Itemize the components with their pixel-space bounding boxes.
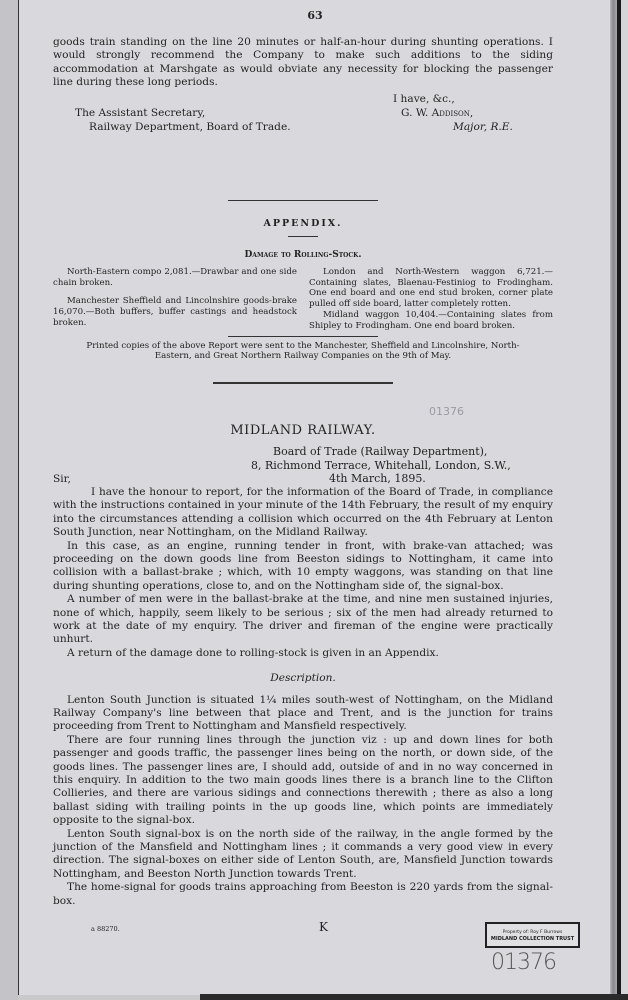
signatory-rank: Major, R.E. bbox=[393, 120, 513, 134]
address-line-1: Board of Trade (Railway Department), bbox=[273, 445, 553, 459]
report-paragraph: A number of men were in the ballast-brak… bbox=[53, 593, 553, 647]
print-code: a 88270. bbox=[91, 925, 120, 933]
damage-column-right: London and North-Western waggon 6,721.—C… bbox=[309, 267, 553, 332]
section-divider bbox=[213, 382, 393, 384]
sender-address: Board of Trade (Railway Department), 8, … bbox=[273, 445, 553, 486]
report-paragraph: A return of the damage done to rolling-s… bbox=[53, 647, 553, 660]
scan-margin-left bbox=[0, 0, 18, 1000]
appendix: APPENDIX. Damage to Rolling-Stock. North… bbox=[53, 200, 553, 384]
appendix-subtitle: Damage to Rolling-Stock. bbox=[53, 249, 553, 262]
closing: I have, &c., bbox=[393, 92, 513, 106]
damage-item: Manchester Sheffield and Lincolnshire go… bbox=[53, 296, 297, 328]
salutation: Sir, bbox=[53, 473, 71, 486]
report-paragraph: In this case, as an engine, running tend… bbox=[53, 540, 553, 594]
divider bbox=[228, 200, 378, 201]
damage-item: London and North-Western waggon 6,721.—C… bbox=[309, 267, 553, 310]
description-paragraph: Lenton South signal-box is on the north … bbox=[53, 828, 553, 882]
midland-report: MIDLAND RAILWAY. Board of Trade (Railway… bbox=[53, 424, 553, 908]
scan-margin-right bbox=[621, 0, 628, 1000]
signatory: I have, &c., G. W. Addison, Major, R.E. bbox=[393, 92, 513, 134]
divider bbox=[228, 336, 378, 337]
handwritten-archive-number: 01376 bbox=[491, 950, 556, 975]
signature-mark: K bbox=[319, 920, 328, 934]
addressee-line-1: The Assistant Secretary, bbox=[75, 106, 291, 120]
intro-paragraph: goods train standing on the line 20 minu… bbox=[53, 36, 553, 90]
addressee: The Assistant Secretary, Railway Departm… bbox=[75, 106, 291, 134]
report-title: MIDLAND RAILWAY. bbox=[53, 424, 553, 437]
description-paragraph: Lenton South Junction is situated 1¼ mil… bbox=[53, 694, 553, 734]
divider bbox=[288, 236, 318, 237]
description-paragraph: There are four running lines through the… bbox=[53, 734, 553, 828]
pencil-archive-number: 01376 bbox=[429, 405, 464, 418]
stamp-owner: Property of: Roy F Burrows bbox=[487, 929, 578, 936]
appendix-title: APPENDIX. bbox=[53, 217, 553, 230]
report-paragraph: I have the honour to report, for the inf… bbox=[53, 486, 553, 540]
damage-item: Midland waggon 10,404.—Containing slates… bbox=[309, 310, 553, 332]
damage-item: North-Eastern compo 2,081.—Drawbar and o… bbox=[53, 267, 297, 289]
distribution-note: Printed copies of the above Report were … bbox=[53, 341, 553, 363]
description-paragraph: The home-signal for goods trains approac… bbox=[53, 881, 553, 908]
addressee-line-2: Railway Department, Board of Trade. bbox=[75, 120, 291, 134]
scan-bottom-edge bbox=[200, 994, 628, 1000]
page-number: 63 bbox=[19, 9, 611, 22]
document-page: 63 goods train standing on the line 20 m… bbox=[18, 0, 611, 995]
signature-block: The Assistant Secretary, Railway Departm… bbox=[53, 92, 553, 134]
collection-stamp: Property of: Roy F Burrows MIDLAND COLLE… bbox=[485, 922, 580, 948]
report-conclusion: goods train standing on the line 20 minu… bbox=[53, 36, 553, 134]
signatory-name: G. W. Addison, bbox=[393, 106, 513, 120]
damage-column-left: North-Eastern compo 2,081.—Drawbar and o… bbox=[53, 267, 297, 332]
stamp-collection: MIDLAND COLLECTION TRUST bbox=[487, 936, 578, 943]
address-line-2: 8, Richmond Terrace, Whitehall, London, … bbox=[251, 459, 553, 473]
report-date: 4th March, 1895. bbox=[329, 472, 553, 486]
damage-columns: North-Eastern compo 2,081.—Drawbar and o… bbox=[53, 267, 553, 332]
description-heading: Description. bbox=[53, 672, 553, 685]
